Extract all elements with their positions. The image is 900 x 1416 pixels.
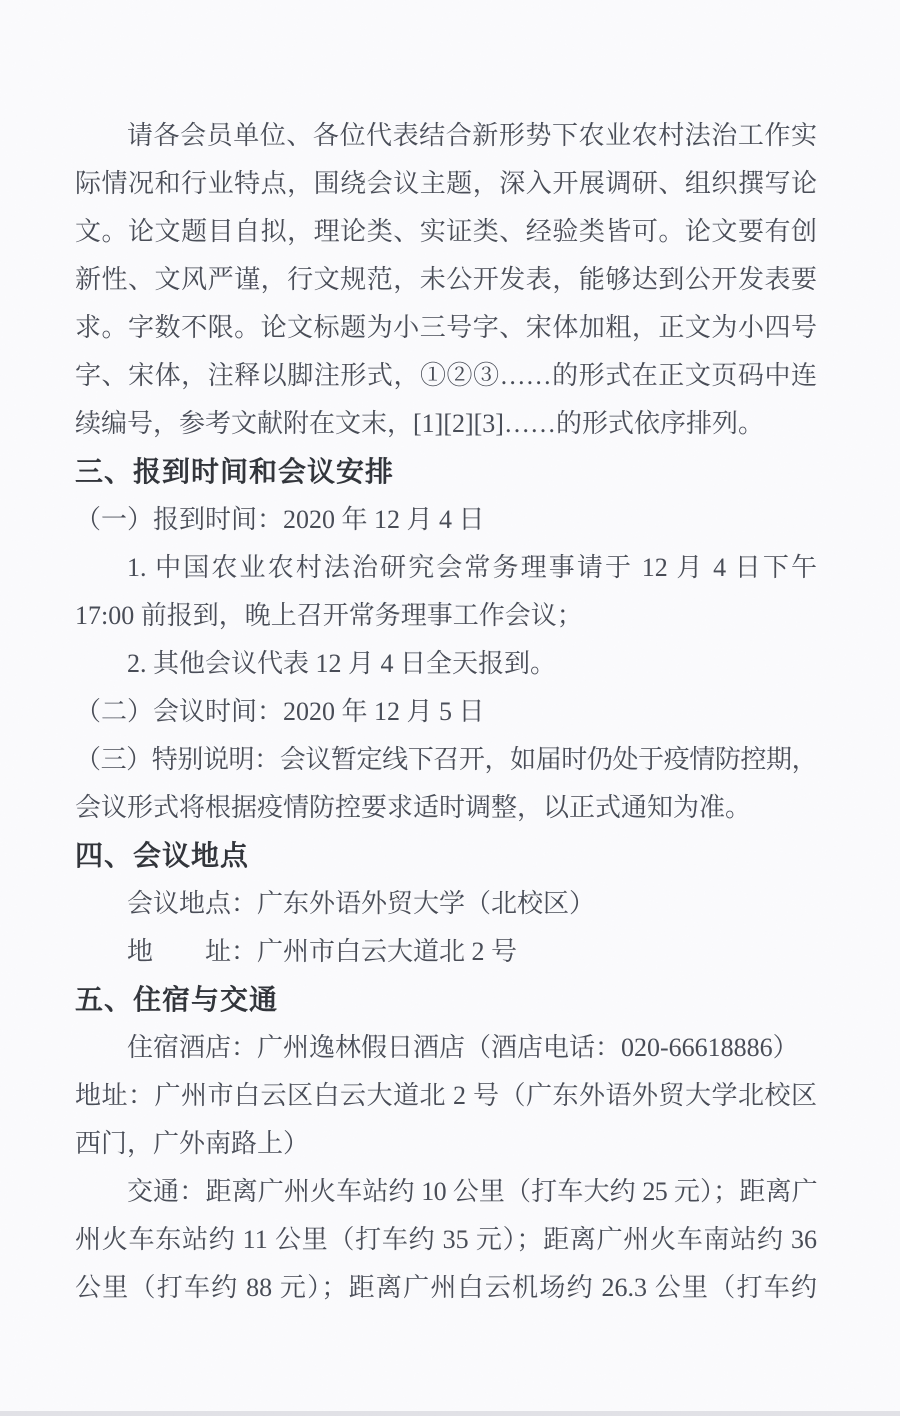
scan-bottom-edge — [0, 1411, 900, 1416]
scanned-document-page: 请各会员单位、各位代表结合新形势下农业农村法治工作实际情况和行业特点，围绕会议主… — [0, 0, 900, 1416]
text-line: 2. 其他会议代表 12 月 4 日全天报到。 — [75, 640, 817, 688]
section-heading: 三、报到时间和会议安排 — [75, 448, 817, 496]
text-line: 地 址：广州市白云大道北 2 号 — [75, 928, 817, 976]
text-line: 州火车东站约 11 公里（打车约 35 元）；距离广州火车南站约 36 — [75, 1216, 817, 1264]
section-heading: 五、住宿与交通 — [75, 976, 817, 1024]
text-line: 文。论文题目自拟，理论类、实证类、经验类皆可。论文要有创 — [75, 208, 817, 256]
text-line: 字、宋体，注释以脚注形式，①②③……的形式在正文页码中连 — [75, 352, 817, 400]
text-line: 公里（打车约 88 元）；距离广州白云机场约 26.3 公里（打车约 — [75, 1264, 817, 1312]
text-line: 17:00 前报到，晚上召开常务理事工作会议； — [75, 592, 817, 640]
text-line: 新性、文风严谨，行文规范，未公开发表，能够达到公开发表要 — [75, 256, 817, 304]
text-line: 交通：距离广州火车站约 10 公里（打车大约 25 元）；距离广 — [75, 1168, 817, 1216]
text-line: 西门，广外南路上） — [75, 1120, 817, 1168]
text-line: 续编号，参考文献附在文末，[1][2][3]……的形式依序排列。 — [75, 400, 817, 448]
text-line: （二）会议时间：2020 年 12 月 5 日 — [75, 688, 817, 736]
text-line: 求。字数不限。论文标题为小三号字、宋体加粗，正文为小四号 — [75, 304, 817, 352]
text-line: 会议地点：广东外语外贸大学（北校区） — [75, 880, 817, 928]
text-line: 住宿酒店：广州逸林假日酒店（酒店电话：020-66618886） — [75, 1024, 817, 1072]
text-line: （三）特别说明：会议暂定线下召开，如届时仍处于疫情防控期， — [75, 736, 817, 784]
text-line: 际情况和行业特点，围绕会议主题，深入开展调研、组织撰写论 — [75, 160, 817, 208]
section-heading: 四、会议地点 — [75, 832, 817, 880]
text-line: 会议形式将根据疫情防控要求适时调整，以正式通知为准。 — [75, 784, 817, 832]
document-body: 请各会员单位、各位代表结合新形势下农业农村法治工作实际情况和行业特点，围绕会议主… — [75, 112, 817, 1312]
text-line: 请各会员单位、各位代表结合新形势下农业农村法治工作实 — [75, 112, 817, 160]
text-line: 地址：广州市白云区白云大道北 2 号（广东外语外贸大学北校区 — [75, 1072, 817, 1120]
text-line: （一）报到时间：2020 年 12 月 4 日 — [75, 496, 817, 544]
text-line: 1. 中国农业农村法治研究会常务理事请于 12 月 4 日下午 — [75, 544, 817, 592]
